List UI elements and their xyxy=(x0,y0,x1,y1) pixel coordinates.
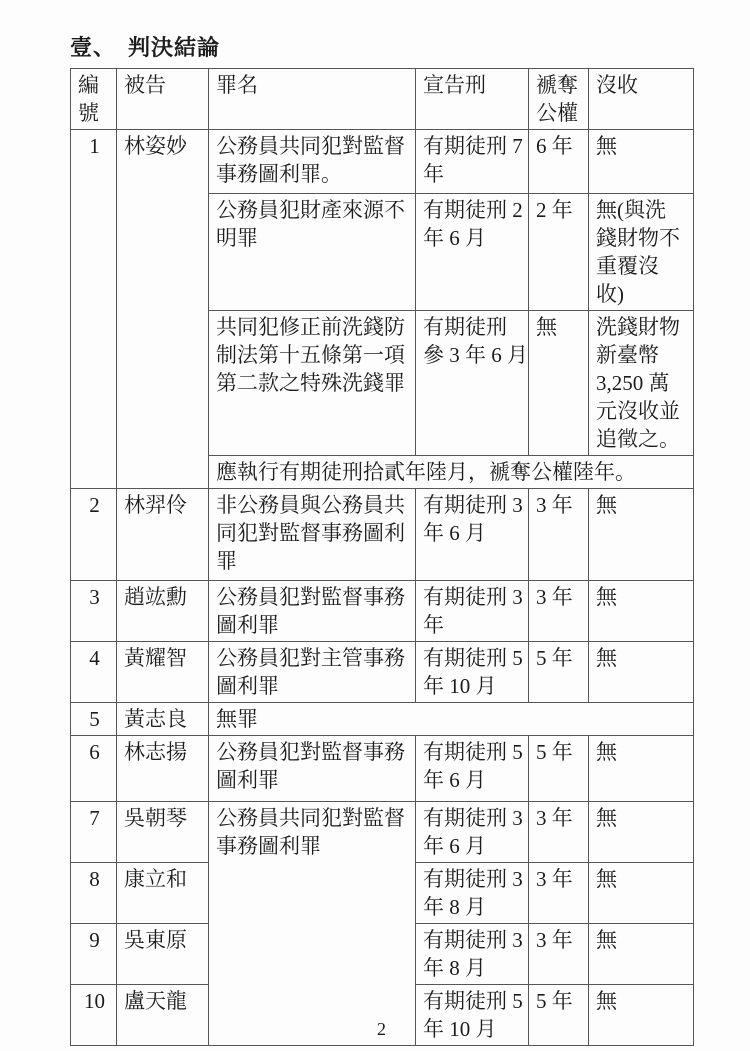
cell-civil-rights: 5 年 xyxy=(529,642,589,703)
cell-confiscation: 無 xyxy=(589,736,694,802)
table-row: 7 吳朝琴 公務員共同犯對監督 事務圖利罪 有期徒刑 3 年 6 月 3 年 無 xyxy=(71,802,694,863)
cell-id: 9 xyxy=(71,924,117,985)
cell-sentence: 有期徒刑 2 年 6 月 xyxy=(416,194,529,311)
cell-id: 3 xyxy=(71,581,117,642)
cell-crime: 非公務員與公務員共 同犯對監督事務圖利 罪 xyxy=(209,489,416,581)
cell-confiscation: 無 xyxy=(589,489,694,581)
cell-defendant: 林羿伶 xyxy=(117,489,209,581)
cell-crime: 公務員共同犯對監督 事務圖利罪。 xyxy=(209,130,416,194)
table-row: 4 黃耀智 公務員犯對主管事務 圖利罪 有期徒刑 5 年 10 月 5 年 無 xyxy=(71,642,694,703)
cell-defendant: 黃志良 xyxy=(117,703,209,736)
verdict-table: 編 號 被告 罪名 宣告刑 褫奪 公權 沒收 1 林姿妙 公務員共同犯對監督 事… xyxy=(70,68,694,1046)
cell-id: 1 xyxy=(71,130,117,489)
cell-sentence: 有期徒刑 5 年 10 月 xyxy=(416,642,529,703)
cell-confiscation: 無 xyxy=(589,924,694,985)
header-crime: 罪名 xyxy=(209,69,416,130)
cell-defendant: 林志揚 xyxy=(117,736,209,802)
cell-defendant: 康立和 xyxy=(117,863,209,924)
cell-sentence: 有期徒刑 3 年 6 月 xyxy=(416,489,529,581)
cell-civil-rights: 3 年 xyxy=(529,924,589,985)
cell-civil-rights: 5 年 xyxy=(529,736,589,802)
cell-civil-rights: 3 年 xyxy=(529,489,589,581)
page-title: 壹、 判決結論 xyxy=(70,34,220,61)
cell-crime: 共同犯修正前洗錢防 制法第十五條第一項 第二款之特殊洗錢罪 xyxy=(209,311,416,456)
cell-crime: 公務員犯對監督事務 圖利罪 xyxy=(209,736,416,802)
cell-execution: 應執行有期徒刑拾貳年陸月，褫奪公權陸年。 xyxy=(209,456,694,489)
header-sentence: 宣告刑 xyxy=(416,69,529,130)
cell-sentence: 有期徒刑 3 年 8 月 xyxy=(416,863,529,924)
table-row: 3 趙竑勳 公務員犯對監督事務 圖利罪 有期徒刑 3 年 3 年 無 xyxy=(71,581,694,642)
cell-id: 4 xyxy=(71,642,117,703)
cell-civil-rights: 2 年 xyxy=(529,194,589,311)
cell-defendant: 黃耀智 xyxy=(117,642,209,703)
cell-confiscation: 洗錢財物 新臺幣 3,250 萬 元沒收並 追徵之。 xyxy=(589,311,694,456)
table-row: 2 林羿伶 非公務員與公務員共 同犯對監督事務圖利 罪 有期徒刑 3 年 6 月… xyxy=(71,489,694,581)
header-civil-rights: 褫奪 公權 xyxy=(529,69,589,130)
cell-confiscation: 無 xyxy=(589,802,694,863)
cell-defendant: 吳朝琴 xyxy=(117,802,209,863)
cell-civil-rights: 無 xyxy=(529,311,589,456)
cell-verdict: 無罪 xyxy=(209,703,694,736)
cell-id: 5 xyxy=(71,703,117,736)
cell-crime: 公務員犯對監督事務 圖利罪 xyxy=(209,581,416,642)
cell-confiscation: 無 xyxy=(589,581,694,642)
cell-confiscation: 無 xyxy=(589,863,694,924)
cell-sentence: 有期徒刑 3 年 6 月 xyxy=(416,802,529,863)
cell-sentence: 有期徒刑 7 年 xyxy=(416,130,529,194)
cell-sentence: 有期徒刑 3 年 xyxy=(416,581,529,642)
cell-crime: 公務員犯對主管事務 圖利罪 xyxy=(209,642,416,703)
cell-sentence: 有期徒刑 5 年 6 月 xyxy=(416,736,529,802)
cell-id: 8 xyxy=(71,863,117,924)
cell-crime: 公務員犯財產來源不 明罪 xyxy=(209,194,416,311)
cell-civil-rights: 3 年 xyxy=(529,863,589,924)
header-id: 編 號 xyxy=(71,69,117,130)
cell-civil-rights: 3 年 xyxy=(529,581,589,642)
cell-id: 6 xyxy=(71,736,117,802)
header-defendant: 被告 xyxy=(117,69,209,130)
cell-defendant: 吳東原 xyxy=(117,924,209,985)
cell-confiscation: 無(與洗 錢財物不 重覆沒 收) xyxy=(589,194,694,311)
cell-civil-rights: 3 年 xyxy=(529,802,589,863)
cell-confiscation: 無 xyxy=(589,130,694,194)
page-number: 2 xyxy=(70,1018,693,1040)
table-row: 1 林姿妙 公務員共同犯對監督 事務圖利罪。 有期徒刑 7 年 6 年 無 xyxy=(71,130,694,194)
header-row: 編 號 被告 罪名 宣告刑 褫奪 公權 沒收 xyxy=(71,69,694,130)
table-row: 5 黃志良 無罪 xyxy=(71,703,694,736)
cell-sentence: 有期徒刑 參 3 年 6 月 xyxy=(416,311,529,456)
cell-crime: 公務員共同犯對監督 事務圖利罪 xyxy=(209,802,416,1046)
table-row: 6 林志揚 公務員犯對監督事務 圖利罪 有期徒刑 5 年 6 月 5 年 無 xyxy=(71,736,694,802)
cell-id: 2 xyxy=(71,489,117,581)
cell-confiscation: 無 xyxy=(589,642,694,703)
cell-defendant: 林姿妙 xyxy=(117,130,209,489)
cell-civil-rights: 6 年 xyxy=(529,130,589,194)
cell-id: 7 xyxy=(71,802,117,863)
document-page: 壹、 判決結論 編 號 被告 罪名 宣告刑 褫奪 公權 沒收 1 林姿妙 公務員… xyxy=(0,0,750,1051)
cell-sentence: 有期徒刑 3 年 8 月 xyxy=(416,924,529,985)
cell-defendant: 趙竑勳 xyxy=(117,581,209,642)
header-confiscation: 沒收 xyxy=(589,69,694,130)
